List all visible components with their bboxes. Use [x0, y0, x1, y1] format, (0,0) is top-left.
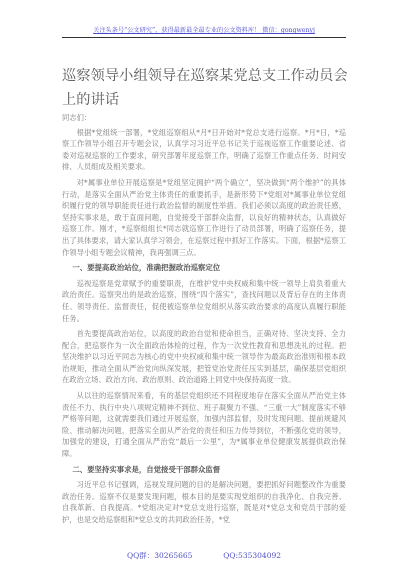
paragraph: 根据*党组统一部署，*党组巡察组从*月*日开始对*党总支进行巡察。*月*日，*巡… — [62, 127, 346, 173]
paragraph: 习近平总书记强调，巡视发现问题的目的是解决问题，要把抓好问题整改作为重要政治任务… — [62, 479, 346, 525]
paragraph: 对*属事业单位开展巡察是*党组坚定拥护“两个确立”，坚决做到“两个维护”的具体行… — [62, 177, 346, 258]
salutation: 同志们： — [62, 112, 346, 124]
header-banner: 关注头条号“公文研究”，获得最新最全最专业的公文资料库！ 微信：gongweny… — [62, 26, 346, 38]
footer-contact: QQ群：30265665 QQ:535304092 — [0, 550, 408, 561]
document-title: 巡察领导小组领导在巡察某党总支工作动员会上的讲话 — [62, 64, 350, 112]
paragraph: 巡视巡察是党章赋予的重要职责，在维护党中央权威和集中统一领导上肩负着重大政治责任… — [62, 278, 346, 324]
document-body: 同志们： 根据*党组统一部署，*党组巡察组从*月*日开始对*党总支进行巡察。*月… — [62, 112, 346, 530]
section-heading: 二、要坚持实事求是，自觉接受干部群众监督 — [62, 464, 346, 476]
header-banner-link[interactable]: 关注头条号“公文研究”，获得最新最全最专业的公文资料库！ 微信：gongweny… — [93, 27, 315, 34]
paragraph: 首先要提高政治站位，以高度的政治自觉和使命担当，正确对待、坚决支持、全力配合，把… — [62, 328, 346, 386]
footer-qq[interactable]: QQ:535304092 — [223, 551, 281, 560]
paragraph: 从以往的巡察情况来看，有的基层党组织还不同程度地存在落实全面从严治党主体责任不力… — [62, 390, 346, 460]
footer-qq-group[interactable]: QQ群：30265665 — [127, 551, 192, 560]
section-heading: 一、要提高政治站位，准确把握政治巡察定位 — [62, 262, 346, 274]
document-page: 关注头条号“公文研究”，获得最新最全最专业的公文资料库！ 微信：gongweny… — [0, 0, 408, 580]
